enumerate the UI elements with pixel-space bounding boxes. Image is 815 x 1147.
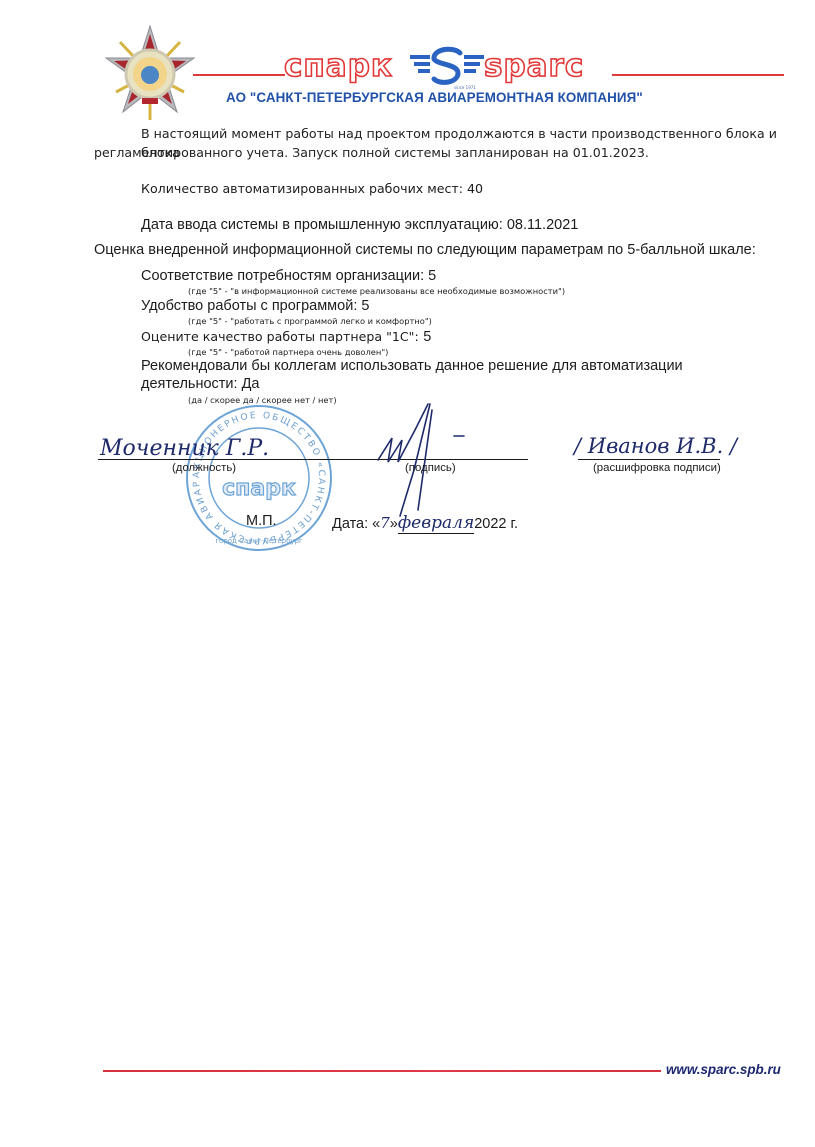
footer-rule: [103, 1070, 661, 1072]
position-caption: (должность): [172, 462, 236, 474]
rating-partner-label: Оцените качество работы партнера "1С":: [141, 329, 419, 344]
name-handwritten: / Иванов И.В. /: [574, 434, 737, 458]
name-line: [578, 459, 720, 460]
rating-usability: Удобство работы с программой: 5: [141, 298, 369, 314]
date-month: февраля: [398, 513, 474, 534]
logo-cyrillic: спарк: [284, 48, 393, 84]
rating-intro: Оценка внедренной информационной системы…: [94, 242, 756, 258]
footer-url[interactable]: www.sparc.spb.ru: [666, 1062, 781, 1077]
header-rule-left: [193, 74, 285, 76]
rating-needs-note: (где "5" - "в информационной системе реа…: [188, 286, 565, 296]
rating-partner-value: 5: [423, 329, 431, 345]
signature-caption: (подпись): [405, 462, 456, 474]
intro-line-2: регламентированного учета. Запуск полной…: [94, 143, 649, 162]
date-day: 7: [380, 514, 390, 532]
workstations-count: Количество автоматизированных рабочих ме…: [141, 181, 483, 196]
date-year: 2022 г.: [474, 516, 518, 532]
rating-needs: Соответствие потребностям организации: 5: [141, 268, 436, 284]
sparc-logo-icon: since 1971: [410, 45, 484, 91]
name-caption: (расшифровка подписи): [593, 462, 721, 474]
header-rule-right: [612, 74, 784, 76]
rating-partner-note: (где "5" - "работой партнера очень довол…: [188, 347, 388, 357]
launch-date: Дата ввода системы в промышленную эксплу…: [141, 217, 578, 233]
stamp-city-text: город Санкт-Петербург: [215, 537, 303, 545]
order-emblem: [100, 24, 200, 124]
date-close-quote: »: [390, 516, 398, 532]
company-name: АО "САНКТ-ПЕТЕРБУРГСКАЯ АВИАРЕМОНТНАЯ КО…: [226, 90, 643, 105]
recommend-line-1: Рекомендовали бы коллегам использовать д…: [141, 358, 683, 374]
logo-latin: sparc: [484, 48, 584, 84]
stamp-center-logo: спарк: [222, 476, 296, 501]
rating-partner: Оцените качество работы партнера "1С": 5: [141, 328, 431, 346]
date-label: Дата: «: [332, 516, 380, 532]
signature-scribble: [370, 400, 470, 520]
position-handwritten: Моченник Г.Р.: [100, 436, 269, 461]
company-stamp: АКЦИОНЕРНОЕ ОБЩЕСТВО «САНКТ-ПЕТЕРБУРГСКА…: [180, 403, 338, 553]
rating-usability-note: (где "5" - "работать с программой легко …: [188, 316, 432, 326]
stamp-place-label: М.П.: [246, 513, 277, 529]
recommend-line-2: деятельности: Да: [141, 376, 259, 392]
date-line: Дата: «7»февраля2022 г.: [332, 513, 518, 534]
